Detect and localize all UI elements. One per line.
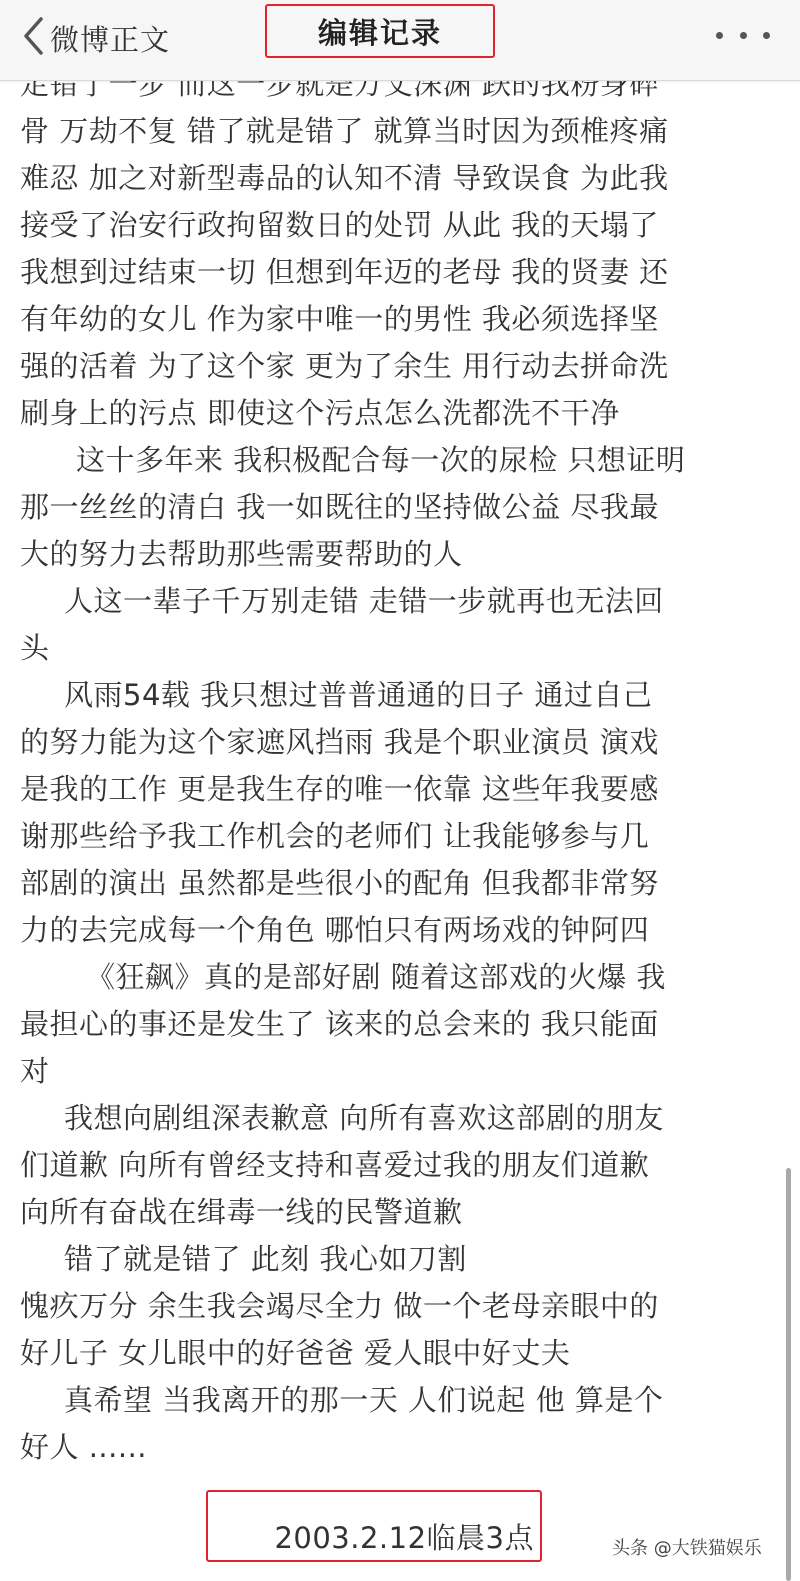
article-line: 风雨54载 我只想过普普通通的日子 通过自己	[20, 672, 780, 719]
article-line: 真希望 当我离开的那一天 人们说起 他 算是个	[20, 1377, 780, 1424]
article-line: 接受了治安行政拘留数日的处罚 从此 我的天塌了	[20, 202, 780, 249]
article-line: 有年幼的女儿 作为家中唯一的男性 我必须选择坚	[20, 296, 780, 343]
article-line: 部剧的演出 虽然都是些很小的配角 但我都非常努	[20, 860, 780, 907]
page-title: 编辑记录	[318, 11, 442, 52]
watermark: 头条 @大铁猫娱乐	[612, 1534, 762, 1560]
more-button[interactable]	[716, 28, 770, 42]
article-line: 对	[20, 1048, 780, 1095]
article-line: 的努力能为这个家遮风挡雨 我是个职业演员 演戏	[20, 719, 780, 766]
title-highlight: 编辑记录	[265, 4, 495, 58]
article-line: 好儿子 女儿眼中的好爸爸 爱人眼中好丈夫	[20, 1330, 780, 1377]
article-line: 刷身上的污点 即使这个污点怎么洗都洗不干净	[20, 390, 780, 437]
article-line: 错了就是错了 此刻 我心如刀割	[20, 1236, 780, 1283]
article-line: 那一丝丝的清白 我一如既往的坚持做公益 尽我最	[20, 484, 780, 531]
back-button[interactable]: 微博正文	[22, 14, 170, 62]
article-line: 人这一辈子千万别走错 走错一步就再也无法回	[20, 578, 780, 625]
article-line: 这十多年来 我积极配合每一次的尿检 只想证明	[20, 437, 780, 484]
article-line: 我想到过结束一切 但想到年迈的老母 我的贤妻 还	[20, 249, 780, 296]
nav-header: 微博正文 编辑记录	[0, 0, 800, 81]
article-line: 们道歉 向所有曾经支持和喜爱过我的朋友们道歉	[20, 1142, 780, 1189]
article-line: 我想向剧组深表歉意 向所有喜欢这部剧的朋友	[20, 1095, 780, 1142]
more-horizontal-icon	[716, 32, 770, 39]
article-line: 向所有奋战在缉毒一线的民警道歉	[20, 1189, 780, 1236]
scrollbar[interactable]	[786, 1168, 791, 1581]
article-line: 力的去完成每一个角色 哪怕只有两场戏的钟阿四	[20, 907, 780, 954]
article-line: 好人 ......	[20, 1424, 780, 1471]
article-line: 头	[20, 625, 780, 672]
signature-date-highlight: 2003.2.12临晨3点	[206, 1490, 542, 1562]
article-line: 《狂飙》真的是部好剧 随着这部戏的火爆 我	[20, 954, 780, 1001]
chevron-left-icon	[22, 16, 44, 60]
back-label: 微博正文	[50, 18, 170, 59]
article-line: 骨 万劫不复 错了就是错了 就算当时因为颈椎疼痛	[20, 108, 780, 155]
article-body: 走错了一步 而这一步就是万丈深渊 跌的我粉身碎 骨 万劫不复 错了就是错了 就算…	[0, 61, 780, 1471]
article-line: 强的活着 为了这个家 更为了余生 用行动去拼命洗	[20, 343, 780, 390]
article-line: 是我的工作 更是我生存的唯一依靠 这些年我要感	[20, 766, 780, 813]
article-line: 谢那些给予我工作机会的老师们 让我能够参与几	[20, 813, 780, 860]
article-line: 愧疚万分 余生我会竭尽全力 做一个老母亲眼中的	[20, 1283, 780, 1330]
article-line: 大的努力去帮助那些需要帮助的人	[20, 531, 780, 578]
signature-date: 2003.2.12临晨3点	[274, 1518, 534, 1558]
article-line: 最担心的事还是发生了 该来的总会来的 我只能面	[20, 1001, 780, 1048]
article-line: 难忍 加之对新型毒品的认知不清 导致误食 为此我	[20, 155, 780, 202]
